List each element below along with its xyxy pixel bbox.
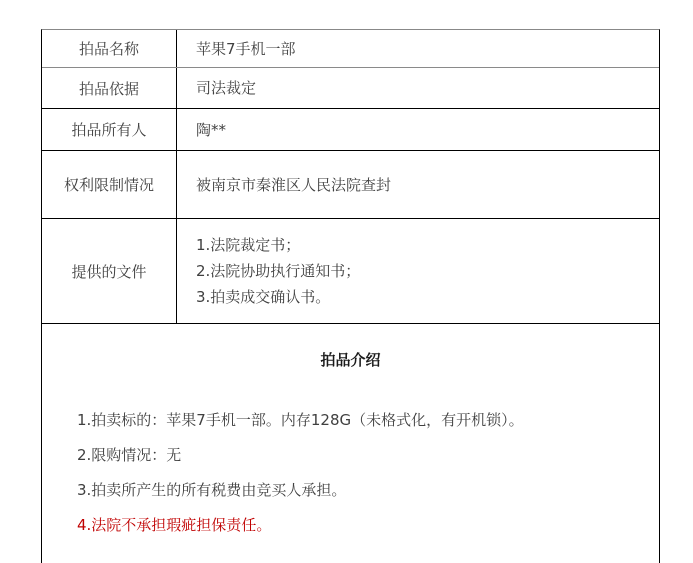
table-row-item-owner: 拍品所有人 陶** <box>42 109 659 151</box>
row-value-provided-documents: 1.法院裁定书； 2.法院协助执行通知书； 3.拍卖成交确认书。 <box>177 219 659 323</box>
auction-item-table: 拍品名称 苹果7手机一部 拍品依据 司法裁定 拍品所有人 陶** 权利限制情况 … <box>41 29 660 563</box>
document-line-2: 2.法院协助执行通知书； <box>196 258 659 284</box>
row-label-item-name: 拍品名称 <box>42 30 177 67</box>
row-label-provided-documents: 提供的文件 <box>42 219 177 323</box>
row-value-rights-restriction: 被南京市秦淮区人民法院查封 <box>177 151 659 218</box>
row-label-item-owner: 拍品所有人 <box>42 109 177 150</box>
intro-item-auction-subject: 1.拍卖标的：苹果7手机一部。内存128G（未格式化，有开机锁）。 <box>77 410 641 430</box>
table-row-provided-documents: 提供的文件 1.法院裁定书； 2.法院协助执行通知书； 3.拍卖成交确认书。 <box>42 219 659 324</box>
document-line-3: 3.拍卖成交确认书。 <box>196 284 659 310</box>
item-introduction-title: 拍品介绍 <box>60 324 641 370</box>
table-row-rights-restriction: 权利限制情况 被南京市秦淮区人民法院查封 <box>42 151 659 219</box>
item-introduction-section: 拍品介绍 1.拍卖标的：苹果7手机一部。内存128G（未格式化，有开机锁）。 2… <box>42 324 659 563</box>
document-line-1: 1.法院裁定书； <box>196 232 659 258</box>
intro-item-purchase-restriction: 2.限购情况：无 <box>77 445 641 465</box>
row-label-rights-restriction: 权利限制情况 <box>42 151 177 218</box>
table-row-item-name: 拍品名称 苹果7手机一部 <box>42 30 659 68</box>
row-value-item-basis: 司法裁定 <box>177 68 659 108</box>
row-value-item-owner: 陶** <box>177 109 659 150</box>
row-value-item-name: 苹果7手机一部 <box>177 30 659 67</box>
table-row-item-basis: 拍品依据 司法裁定 <box>42 68 659 109</box>
intro-item-warranty-disclaimer: 4.法院不承担瑕疵担保责任。 <box>77 515 641 535</box>
intro-item-taxes-fees: 3.拍卖所产生的所有税费由竞买人承担。 <box>77 480 641 500</box>
row-label-item-basis: 拍品依据 <box>42 68 177 108</box>
